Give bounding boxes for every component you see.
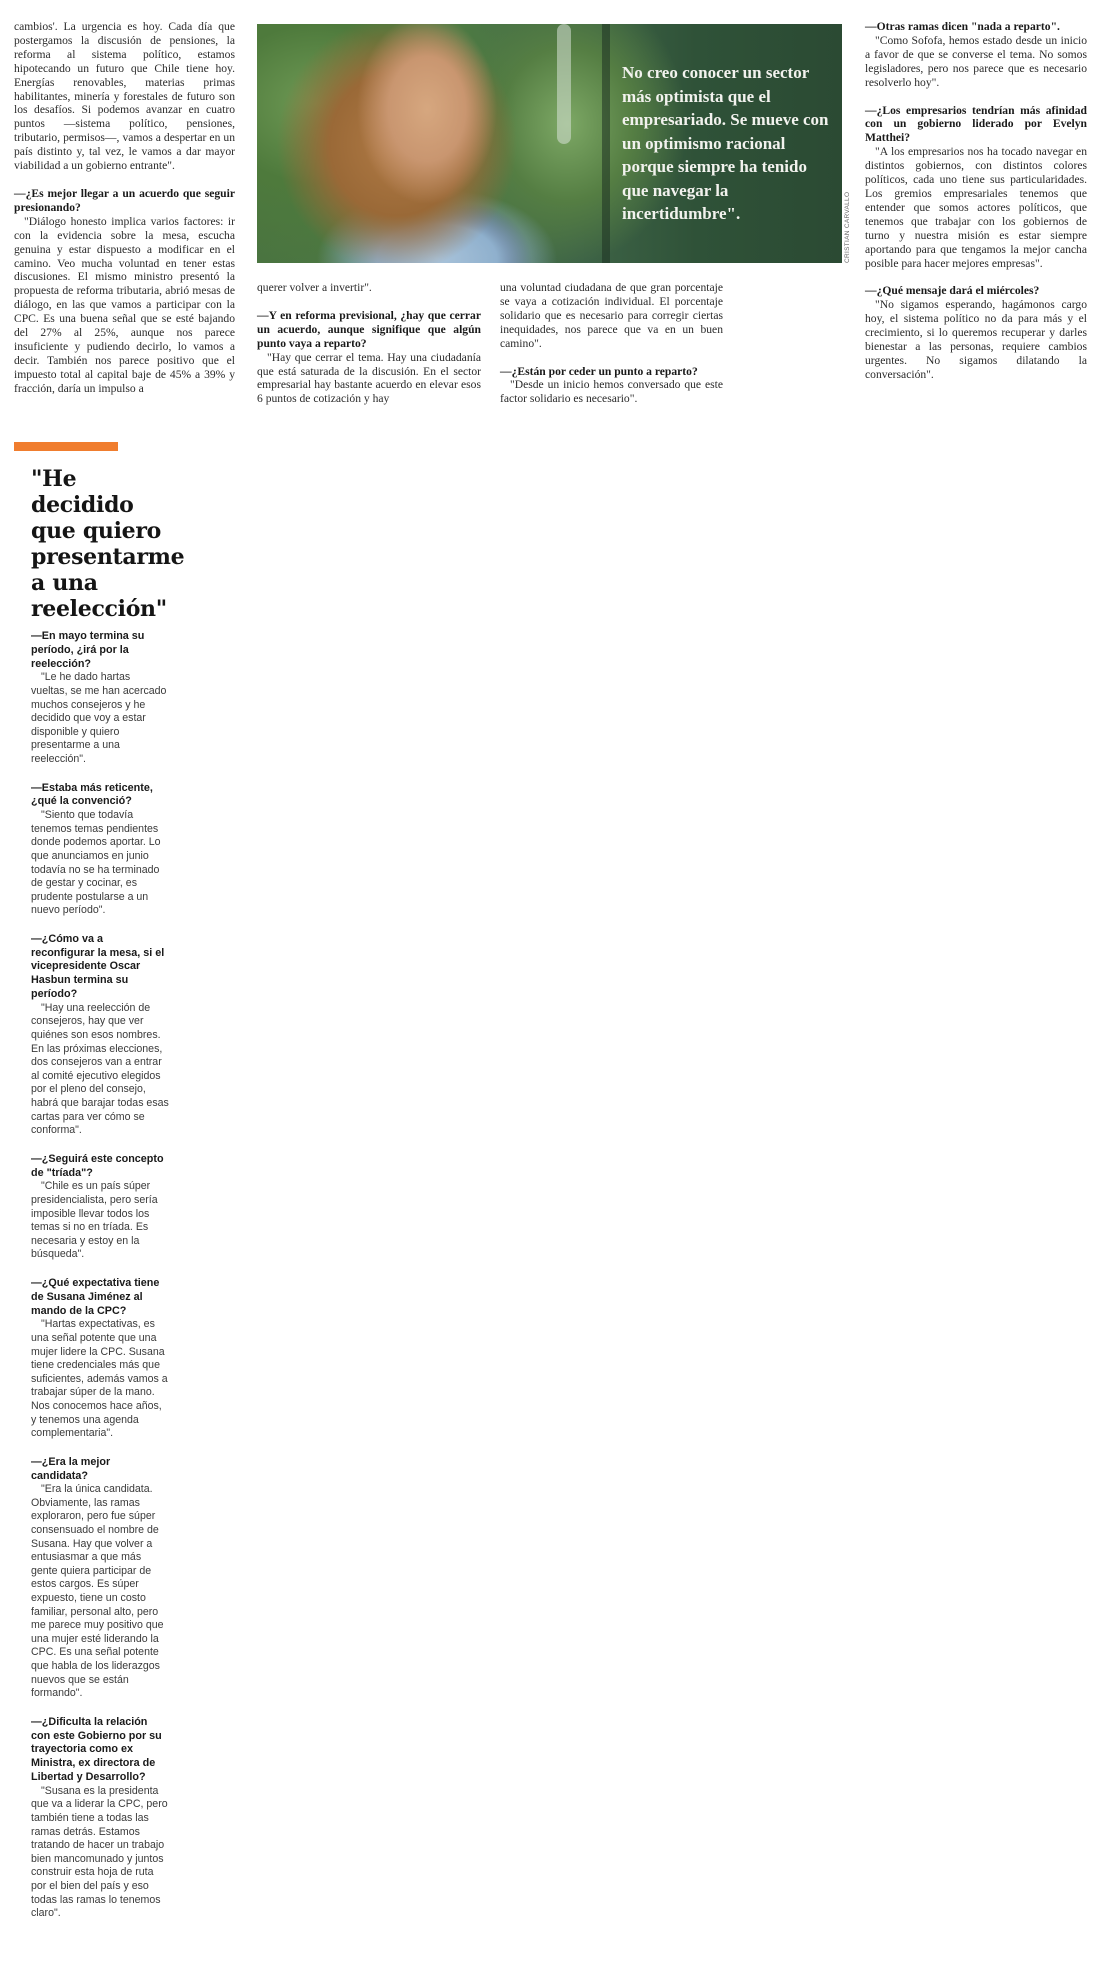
sidebar-question: —¿Seguirá este concepto de "tríada"? bbox=[31, 1153, 169, 1181]
interview-answer: "Diálogo honesto implica varios factores… bbox=[14, 215, 235, 396]
article-column-3: una voluntad ciudadana de que gran porce… bbox=[500, 281, 723, 406]
sidebar-answer: "Le he dado hartas vueltas, se me han ac… bbox=[31, 671, 169, 766]
interview-question: —Y en reforma previsional, ¿hay que cerr… bbox=[257, 309, 481, 351]
article-column-2: querer volver a invertir". —Y en reforma… bbox=[257, 281, 481, 406]
accent-bar bbox=[14, 442, 118, 451]
photo-background-detail bbox=[602, 24, 610, 263]
interview-question: —¿Es mejor llegar a un acuerdo que segui… bbox=[14, 187, 235, 215]
interview-question: —¿Qué mensaje dará el miércoles? bbox=[865, 284, 1087, 298]
sidebar-interview: "He decidido que quiero presentarme a un… bbox=[14, 442, 174, 1921]
sidebar-headline: "He decidido que quiero presentarme a un… bbox=[31, 466, 174, 622]
sidebar-answer: "Era la única candidata. Obviamente, las… bbox=[31, 1483, 169, 1701]
interview-answer: "A los empresarios nos ha tocado navegar… bbox=[865, 145, 1087, 270]
article-column-1: cambios'. La urgencia es hoy. Cada día q… bbox=[14, 20, 235, 396]
interview-answer: "Desde un inicio hemos conversado que es… bbox=[500, 378, 723, 406]
sidebar-question: —Estaba más reticente, ¿qué la convenció… bbox=[31, 782, 169, 810]
interview-question: —¿Los empresarios tendrían más afinidad … bbox=[865, 104, 1087, 146]
sidebar-question: —¿Dificulta la relación con este Gobiern… bbox=[31, 1716, 169, 1785]
article-column-4: —Otras ramas dicen "nada a reparto". "Co… bbox=[865, 20, 1087, 382]
paragraph: una voluntad ciudadana de que gran porce… bbox=[500, 281, 723, 351]
photo-background-detail bbox=[557, 24, 571, 144]
sidebar-body: —En mayo termina su período, ¿irá por la… bbox=[31, 630, 169, 1921]
article-photo: No creo conocer un sector más optimista … bbox=[257, 24, 842, 263]
photo-credit: CRISTIAN CARVALLO bbox=[844, 192, 851, 263]
paragraph: cambios'. La urgencia es hoy. Cada día q… bbox=[14, 20, 235, 173]
interview-answer: "Como Sofofa, hemos estado desde un inic… bbox=[865, 34, 1087, 90]
paragraph: querer volver a invertir". bbox=[257, 281, 481, 295]
pull-quote: No creo conocer un sector más optimista … bbox=[622, 61, 837, 226]
interview-question: —Otras ramas dicen "nada a reparto". bbox=[865, 20, 1087, 34]
interview-question: —¿Están por ceder un punto a reparto? bbox=[500, 365, 723, 379]
interview-answer: "No sigamos esperando, hagámonos cargo h… bbox=[865, 298, 1087, 381]
sidebar-question: —¿Cómo va a reconfigurar la mesa, si el … bbox=[31, 933, 169, 1002]
sidebar-answer: "Susana es la presidenta que va a lidera… bbox=[31, 1785, 169, 1921]
sidebar-question: —¿Era la mejor candidata? bbox=[31, 1456, 169, 1484]
interview-answer: "Hay que cerrar el tema. Hay una ciudada… bbox=[257, 351, 481, 407]
sidebar-answer: "Hay una reelección de consejeros, hay q… bbox=[31, 1002, 169, 1138]
sidebar-question: —¿Qué expectativa tiene de Susana Jiméne… bbox=[31, 1277, 169, 1318]
sidebar-answer: "Chile es un país súper presidencialista… bbox=[31, 1180, 169, 1262]
sidebar-answer: "Siento que todavía tenemos temas pendie… bbox=[31, 809, 169, 918]
sidebar-answer: "Hartas expectativas, es una señal poten… bbox=[31, 1318, 169, 1440]
sidebar-question: —En mayo termina su período, ¿irá por la… bbox=[31, 630, 169, 671]
